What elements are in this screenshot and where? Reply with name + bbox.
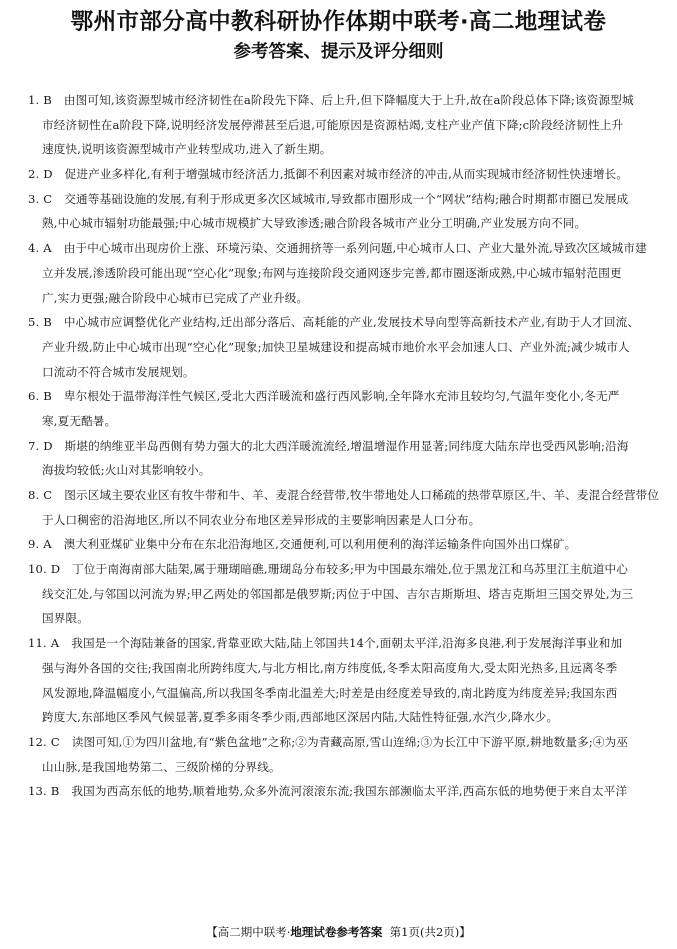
answer-number: 1. B bbox=[28, 88, 52, 113]
answer-number: 13. B bbox=[28, 779, 59, 804]
answer-text: 线交汇处,与邻国以河流为界;甲乙两处的邻国都是俄罗斯;丙位于中国、吉尔吉斯斯坦、… bbox=[28, 582, 658, 607]
footer-bracket-close: 】 bbox=[459, 925, 471, 939]
answer-text: 我国为西高东低的地势,顺着地势,众多外流河滚滚东流;我国东部濒临太平洋,西高东低… bbox=[71, 784, 627, 798]
answer-text: 熟,中心城市辐射功能最强;中心城市规模扩大导致渗透;融合阶段各城市产业分工明确,… bbox=[28, 211, 658, 236]
answer-number: 3. C bbox=[28, 187, 52, 212]
answer-item-6: 6. B卑尔根处于温带海洋性气候区,受北大西洋暖流和盛行西风影响,全年降水充沛且… bbox=[28, 384, 658, 433]
answer-item-2: 2. D促进产业多样化,有利于增强城市经济活力,抵御不利因素对城市经济的冲击,从… bbox=[28, 162, 658, 187]
answer-number: 9. A bbox=[28, 532, 52, 557]
answer-text: 斯堪的纳维亚半岛西侧有势力强大的北大西洋暖流流经,增温增湿作用显著;同纬度大陆东… bbox=[65, 439, 629, 453]
answer-text: 于人口稠密的沿海地区,所以不同农业分布地区差异形成的主要影响因素是人口分布。 bbox=[28, 508, 658, 533]
answer-item-12: 12. C读图可知,①为四川盆地,有“紫色盆地”之称;②为青藏高原,雪山连绵;③… bbox=[28, 730, 658, 779]
answer-number: 5. B bbox=[28, 310, 52, 335]
answer-item-7: 7. D斯堪的纳维亚半岛西侧有势力强大的北大西洋暖流流经,增温增湿作用显著;同纬… bbox=[28, 434, 658, 483]
answer-number: 2. D bbox=[28, 162, 53, 187]
answer-text: 寒,夏无酷暑。 bbox=[28, 409, 658, 434]
answer-item-8: 8. C图示区域主要农业区有牧牛带和牛、羊、麦混合经营带,牧牛带地处人口稀疏的热… bbox=[28, 483, 658, 532]
answer-text: 由于中心城市出现房价上涨、环境污染、交通拥挤等一系列问题,中心城市人口、产业大量… bbox=[64, 241, 647, 255]
answer-text: 读图可知,①为四川盆地,有“紫色盆地”之称;②为青藏高原,雪山连绵;③为长江中下… bbox=[72, 735, 628, 749]
answer-number: 11. A bbox=[28, 631, 59, 656]
answer-number: 12. C bbox=[28, 730, 60, 755]
answer-item-10: 10. D丁位于南海南部大陆架,属于珊瑚暗礁,珊瑚岛分布较多;甲为中国最东端处,… bbox=[28, 557, 658, 631]
answer-text: 国界限。 bbox=[28, 606, 658, 631]
answer-text: 丁位于南海南部大陆架,属于珊瑚暗礁,珊瑚岛分布较多;甲为中国最东端处,位于黑龙江… bbox=[72, 562, 628, 576]
footer-page-info: 第1页(共2页) bbox=[390, 925, 460, 939]
answer-text: 澳大利亚煤矿业集中分布在东北沿海地区,交通便利,可以利用便利的海洋运输条件向国外… bbox=[64, 537, 577, 551]
document-title: 鄂州市部分高中教科研协作体期中联考·高二地理试卷 bbox=[0, 8, 677, 36]
answer-text: 图示区域主要农业区有牧牛带和牛、羊、麦混合经营带,牧牛带地处人口稀疏的热带草原区… bbox=[64, 488, 659, 502]
answer-text: 产业升级,防止中心城市出现“空心化”现象;加快卫星城建设和提高城市地价水平会加速… bbox=[28, 335, 658, 360]
answer-item-11: 11. A我国是一个海陆兼备的国家,背靠亚欧大陆,陆上邻国共14个,面朝太平洋,… bbox=[28, 631, 658, 730]
answer-text: 交通等基础设施的发展,有利于形成更多次区域城市,导致都市圈形成一个“网状”结构;… bbox=[64, 192, 628, 206]
answer-text: 立并发展,渗透阶段可能出现“空心化”现象;布网与连接阶段交通网逐步完善,都市圈逐… bbox=[28, 261, 658, 286]
answer-item-3: 3. C交通等基础设施的发展,有利于形成更多次区域城市,导致都市圈形成一个“网状… bbox=[28, 187, 658, 236]
answer-number: 8. C bbox=[28, 483, 52, 508]
answer-text: 市经济韧性在a阶段下降,说明经济发展停滞甚至后退,可能原因是资源枯竭,支柱产业产… bbox=[28, 113, 658, 138]
answer-text: 我国是一个海陆兼备的国家,背靠亚欧大陆,陆上邻国共14个,面朝太平洋,沿海多良港… bbox=[71, 636, 622, 650]
answer-item-5: 5. B中心城市应调整优化产业结构,迁出部分落后、高耗能的产业,发展技术导向型等… bbox=[28, 310, 658, 384]
answer-text: 风发源地,降温幅度小,气温偏高,所以我国冬季南北温差大;时差是由经度差导致的,南… bbox=[28, 681, 658, 706]
answer-text: 中心城市应调整优化产业结构,迁出部分落后、高耗能的产业,发展技术导向型等高新技术… bbox=[64, 315, 639, 329]
answer-item-1: 1. B由图可知,该资源型城市经济韧性在a阶段先下降、后上升,但下降幅度大于上升… bbox=[28, 88, 658, 162]
answer-number: 6. B bbox=[28, 384, 52, 409]
answer-text: 速度快,说明该资源型城市产业转型成功,进入了新生期。 bbox=[28, 137, 658, 162]
answer-text: 海拔均较低;火山对其影响较小。 bbox=[28, 458, 658, 483]
footer-bracket-open: 【 bbox=[206, 925, 218, 939]
answer-number: 4. A bbox=[28, 236, 52, 261]
footer-doc-name: 地理试卷参考答案 bbox=[290, 925, 382, 939]
answer-item-13: 13. B我国为西高东低的地势,顺着地势,众多外流河滚滚东流;我国东部濒临太平洋… bbox=[28, 779, 658, 804]
answer-text: 跨度大,东部地区季风气候显著,夏季多雨冬季少雨,西部地区深居内陆,大陆性特征强,… bbox=[28, 705, 658, 730]
answer-item-4: 4. A由于中心城市出现房价上涨、环境污染、交通拥挤等一系列问题,中心城市人口、… bbox=[28, 236, 658, 310]
answer-list: 1. B由图可知,该资源型城市经济韧性在a阶段先下降、后上升,但下降幅度大于上升… bbox=[28, 88, 658, 804]
page-footer: 【高二期中联考·地理试卷参考答案 第1页(共2页)】 bbox=[0, 924, 677, 940]
answer-number: 10. D bbox=[28, 557, 60, 582]
answer-text: 由图可知,该资源型城市经济韧性在a阶段先下降、后上升,但下降幅度大于上升,故在a… bbox=[64, 93, 634, 107]
answer-text: 广,实力更强;融合阶段中心城市已完成了产业升级。 bbox=[28, 286, 658, 311]
footer-exam-name: 高二期中联考· bbox=[218, 925, 291, 939]
answer-item-9: 9. A澳大利亚煤矿业集中分布在东北沿海地区,交通便利,可以利用便利的海洋运输条… bbox=[28, 532, 658, 557]
answer-text: 山山脉,是我国地势第二、三级阶梯的分界线。 bbox=[28, 755, 658, 780]
answer-number: 7. D bbox=[28, 434, 53, 459]
document-subtitle: 参考答案、提示及评分细则 bbox=[0, 40, 677, 64]
answer-text: 卑尔根处于温带海洋性气候区,受北大西洋暖流和盛行西风影响,全年降水充沛且较均匀,… bbox=[64, 389, 620, 403]
answer-text: 口流动不符合城市发展规划。 bbox=[28, 360, 658, 385]
answer-text: 促进产业多样化,有利于增强城市经济活力,抵御不利因素对城市经济的冲击,从而实现城… bbox=[65, 167, 628, 181]
answer-text: 强与海外各国的交往;我国南北所跨纬度大,与北方相比,南方纬度低,冬季太阳高度角大… bbox=[28, 656, 658, 681]
